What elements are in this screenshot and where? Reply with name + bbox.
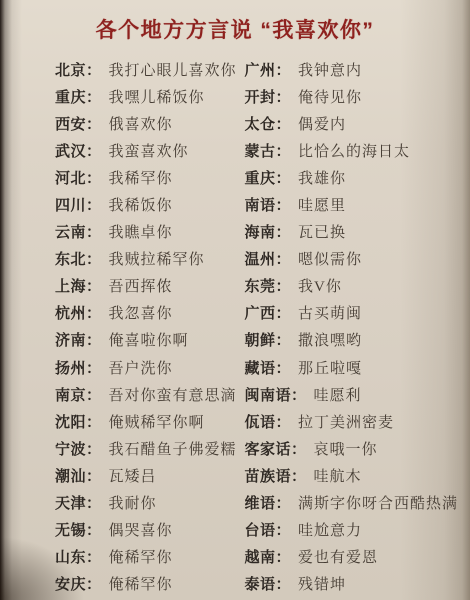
dialect-column-right: 广州：我钟意内开封：俺待见你太仓：偶爱内蒙古：比恰么的海日太重庆：我雄你南语：哇… (244, 62, 458, 594)
colon-separator: ： (291, 468, 307, 485)
phrase-text: 偶哭喜你 (109, 523, 173, 539)
place-label: 重庆： (244, 170, 291, 187)
place-label: 开封： (244, 89, 291, 106)
colon-separator: ： (86, 305, 102, 322)
phrase-text: 吾户洗你 (109, 361, 173, 377)
phrase-text: 俺稀罕你 (109, 577, 173, 593)
place-name: 南京 (55, 387, 86, 404)
place-name: 西安 (55, 116, 86, 133)
phrase-text: 哇愿利 (313, 388, 361, 404)
place-name: 山东 (55, 549, 86, 566)
list-item: 西安：俄喜欢你 (55, 116, 244, 134)
place-name: 上海 (55, 278, 86, 295)
place-name: 四川 (55, 197, 86, 214)
colon-separator: ： (86, 170, 102, 187)
place-label: 泰语： (244, 576, 291, 593)
list-item: 南语：哇愿里 (244, 197, 458, 215)
list-item: 云南：我瞧卓你 (55, 224, 244, 242)
place-label: 客家话： (244, 441, 306, 458)
colon-separator: ： (86, 468, 102, 485)
phrase-text: 撒浪嘿哟 (298, 333, 362, 349)
colon-separator: ： (275, 522, 291, 539)
place-label: 四川： (55, 197, 102, 214)
place-label: 武汉： (55, 143, 102, 160)
list-item: 蒙古：比恰么的海日太 (244, 143, 458, 161)
phrase-text: 古买萌闽 (298, 306, 362, 322)
place-name: 北京 (55, 62, 86, 79)
place-label: 海南： (244, 224, 291, 241)
place-name: 苗族语 (244, 468, 291, 485)
place-label: 广州： (244, 62, 291, 79)
phrase-text: 满斯字你呀合西酷热满 (298, 496, 458, 512)
phrase-text: 我瞧卓你 (109, 225, 173, 241)
phrase-text: 我嘿儿稀饭你 (109, 90, 205, 106)
list-item: 广西：古买萌闽 (244, 305, 458, 323)
place-name: 佤语 (244, 414, 275, 431)
place-name: 安庆 (55, 576, 86, 593)
place-name: 杭州 (55, 305, 86, 322)
place-label: 扬州： (55, 360, 102, 377)
list-item: 闽南语：哇愿利 (244, 387, 458, 405)
phrase-text: 瓦矮吕 (109, 469, 157, 485)
dialect-list: 北京：我打心眼儿喜欢你重庆：我嘿儿稀饭你西安：俄喜欢你武汉：我蛮喜欢你河北：我稀… (55, 62, 458, 594)
list-item: 南京：吾对你蛮有意思滴 (55, 387, 244, 405)
place-label: 广西： (244, 305, 291, 322)
phrase-text: 俺待见你 (298, 90, 362, 106)
place-name: 济南 (55, 332, 86, 349)
colon-separator: ： (86, 251, 102, 268)
place-name: 宁波 (55, 441, 86, 458)
colon-separator: ： (86, 197, 102, 214)
place-label: 佤语： (244, 414, 291, 431)
place-label: 藏语： (244, 360, 291, 377)
place-label: 维语： (244, 495, 291, 512)
place-name: 朝鲜 (244, 332, 275, 349)
place-name: 南语 (244, 197, 275, 214)
place-label: 蒙古： (244, 143, 291, 160)
phrase-text: 我雄你 (298, 171, 346, 187)
place-label: 重庆： (55, 89, 102, 106)
colon-separator: ： (86, 441, 102, 458)
place-name: 武汉 (55, 143, 86, 160)
place-name: 云南 (55, 224, 86, 241)
colon-separator: ： (275, 224, 291, 241)
colon-separator: ： (275, 576, 291, 593)
phrase-text: 哀哦一你 (313, 442, 377, 458)
place-name: 台语 (244, 522, 275, 539)
list-item: 开封：俺待见你 (244, 89, 458, 107)
place-label: 山东： (55, 549, 102, 566)
place-label: 河北： (55, 170, 102, 187)
paper-background: 各个地方方言说 “我喜欢你” 北京：我打心眼儿喜欢你重庆：我嘿儿稀饭你西安：俄喜… (0, 0, 470, 600)
colon-separator: ： (86, 278, 102, 295)
place-name: 闽南语 (244, 387, 291, 404)
place-label: 沈阳： (55, 414, 102, 431)
colon-separator: ： (86, 387, 102, 404)
list-item: 山东：俺稀罕你 (55, 549, 244, 567)
place-label: 济南： (55, 332, 102, 349)
phrase-text: 我稀罕你 (109, 171, 173, 187)
phrase-text: 吾对你蛮有意思滴 (109, 388, 237, 404)
phrase-text: 我耐你 (109, 496, 157, 512)
phrase-text: 俄喜欢你 (109, 117, 173, 133)
phrase-text: 我石醋鱼子佛爱糯 (109, 442, 237, 458)
place-label: 云南： (55, 224, 102, 241)
phrase-text: 我打心眼儿喜欢你 (109, 63, 237, 79)
place-name: 东莞 (244, 278, 275, 295)
colon-separator: ： (275, 278, 291, 295)
place-name: 藏语 (244, 360, 275, 377)
colon-separator: ： (86, 62, 102, 79)
place-label: 东北： (55, 251, 102, 268)
list-item: 重庆：我嘿儿稀饭你 (55, 89, 244, 107)
list-item: 东北：我贼拉稀罕你 (55, 251, 244, 269)
place-name: 天津 (55, 495, 86, 512)
place-label: 北京： (55, 62, 102, 79)
colon-separator: ： (275, 332, 291, 349)
place-name: 东北 (55, 251, 86, 268)
list-item: 北京：我打心眼儿喜欢你 (55, 62, 244, 80)
phrase-text: 我V你 (298, 279, 342, 295)
list-item: 温州：嗯似需你 (244, 251, 458, 269)
list-item: 杭州：我忽喜你 (55, 305, 244, 323)
place-label: 上海： (55, 278, 102, 295)
place-label: 杭州： (55, 305, 102, 322)
colon-separator: ： (275, 143, 291, 160)
list-item: 朝鲜：撒浪嘿哟 (244, 332, 458, 350)
place-label: 太仓： (244, 116, 291, 133)
place-name: 沈阳 (55, 414, 86, 431)
colon-separator: ： (291, 387, 307, 404)
phrase-text: 残错坤 (298, 577, 346, 593)
place-label: 朝鲜： (244, 332, 291, 349)
colon-separator: ： (275, 89, 291, 106)
colon-separator: ： (275, 305, 291, 322)
place-name: 广西 (244, 305, 275, 322)
phrase-text: 俺稀罕你 (109, 550, 173, 566)
colon-separator: ： (86, 495, 102, 512)
place-label: 温州： (244, 251, 291, 268)
phrase-text: 俺喜啦你啊 (109, 333, 189, 349)
place-label: 南语： (244, 197, 291, 214)
list-item: 上海：吾西挥侬 (55, 278, 244, 296)
colon-separator: ： (275, 360, 291, 377)
phrase-text: 爱也有爱恩 (298, 550, 378, 566)
colon-separator: ： (86, 332, 102, 349)
phrase-text: 那丘啦嘎 (298, 361, 362, 377)
place-label: 苗族语： (244, 468, 306, 485)
phrase-text: 我蛮喜欢你 (109, 144, 189, 160)
place-name: 无锡 (55, 522, 86, 539)
list-item: 海南：瓦已换 (244, 224, 458, 242)
colon-separator: ： (86, 224, 102, 241)
phrase-text: 嗯似需你 (298, 252, 362, 268)
list-item: 河北：我稀罕你 (55, 170, 244, 188)
place-name: 重庆 (55, 89, 86, 106)
place-name: 泰语 (244, 576, 275, 593)
list-item: 四川：我稀饭你 (55, 197, 244, 215)
phrase-text: 拉丁美洲密麦 (298, 415, 394, 431)
list-item: 台语：哇尬意力 (244, 522, 458, 540)
place-name: 蒙古 (244, 143, 275, 160)
place-name: 海南 (244, 224, 275, 241)
list-item: 宁波：我石醋鱼子佛爱糯 (55, 441, 244, 459)
place-label: 潮汕： (55, 468, 102, 485)
colon-separator: ： (275, 197, 291, 214)
colon-separator: ： (86, 549, 102, 566)
list-item: 无锡：偶哭喜你 (55, 522, 244, 540)
place-label: 台语： (244, 522, 291, 539)
colon-separator: ： (86, 89, 102, 106)
place-name: 潮汕 (55, 468, 86, 485)
phrase-text: 我稀饭你 (109, 198, 173, 214)
place-label: 闽南语： (244, 387, 306, 404)
colon-separator: ： (86, 360, 102, 377)
list-item: 维语：满斯字你呀合西酷热满 (244, 495, 458, 513)
place-label: 东莞： (244, 278, 291, 295)
list-item: 沈阳：俺贼稀罕你啊 (55, 414, 244, 432)
place-label: 越南： (244, 549, 291, 566)
list-item: 客家话：哀哦一你 (244, 441, 458, 459)
colon-separator: ： (86, 576, 102, 593)
list-item: 佤语：拉丁美洲密麦 (244, 414, 458, 432)
place-name: 温州 (244, 251, 275, 268)
place-name: 重庆 (244, 170, 275, 187)
colon-separator: ： (275, 251, 291, 268)
place-name: 维语 (244, 495, 275, 512)
place-label: 安庆： (55, 576, 102, 593)
list-item: 东莞：我V你 (244, 278, 458, 296)
place-name: 越南 (244, 549, 275, 566)
colon-separator: ： (86, 414, 102, 431)
list-item: 泰语：残错坤 (244, 576, 458, 594)
phrase-text: 哇愿里 (298, 198, 346, 214)
colon-separator: ： (86, 116, 102, 133)
colon-separator: ： (275, 170, 291, 187)
place-label: 天津： (55, 495, 102, 512)
list-item: 太仓：偶爱内 (244, 116, 458, 134)
phrase-text: 俺贼稀罕你啊 (109, 415, 205, 431)
list-item: 广州：我钟意内 (244, 62, 458, 80)
place-name: 广州 (244, 62, 275, 79)
place-label: 南京： (55, 387, 102, 404)
place-name: 客家话 (244, 441, 291, 458)
colon-separator: ： (291, 441, 307, 458)
phrase-text: 吾西挥侬 (109, 279, 173, 295)
list-item: 越南：爱也有爱恩 (244, 549, 458, 567)
phrase-text: 我钟意内 (298, 63, 362, 79)
list-item: 潮汕：瓦矮吕 (55, 468, 244, 486)
phrase-text: 偶爱内 (298, 117, 346, 133)
place-name: 扬州 (55, 360, 86, 377)
colon-separator: ： (275, 549, 291, 566)
phrase-text: 我忽喜你 (109, 306, 173, 322)
list-item: 武汉：我蛮喜欢你 (55, 143, 244, 161)
place-label: 无锡： (55, 522, 102, 539)
page-title: 各个地方方言说 “我喜欢你” (0, 14, 470, 44)
place-name: 开封 (244, 89, 275, 106)
colon-separator: ： (86, 522, 102, 539)
colon-separator: ： (275, 62, 291, 79)
colon-separator: ： (275, 414, 291, 431)
list-item: 安庆：俺稀罕你 (55, 576, 244, 594)
colon-separator: ： (275, 116, 291, 133)
phrase-text: 哇航木 (313, 469, 361, 485)
dialect-column-left: 北京：我打心眼儿喜欢你重庆：我嘿儿稀饭你西安：俄喜欢你武汉：我蛮喜欢你河北：我稀… (55, 62, 244, 594)
place-label: 宁波： (55, 441, 102, 458)
list-item: 天津：我耐你 (55, 495, 244, 513)
list-item: 藏语：那丘啦嘎 (244, 360, 458, 378)
phrase-text: 比恰么的海日太 (298, 144, 410, 160)
list-item: 扬州：吾户洗你 (55, 360, 244, 378)
phrase-text: 哇尬意力 (298, 523, 362, 539)
phrase-text: 我贼拉稀罕你 (109, 252, 205, 268)
place-name: 太仓 (244, 116, 275, 133)
colon-separator: ： (275, 495, 291, 512)
list-item: 济南：俺喜啦你啊 (55, 332, 244, 350)
phrase-text: 瓦已换 (298, 225, 346, 241)
place-label: 西安： (55, 116, 102, 133)
colon-separator: ： (86, 143, 102, 160)
list-item: 苗族语：哇航木 (244, 468, 458, 486)
list-item: 重庆：我雄你 (244, 170, 458, 188)
place-name: 河北 (55, 170, 86, 187)
